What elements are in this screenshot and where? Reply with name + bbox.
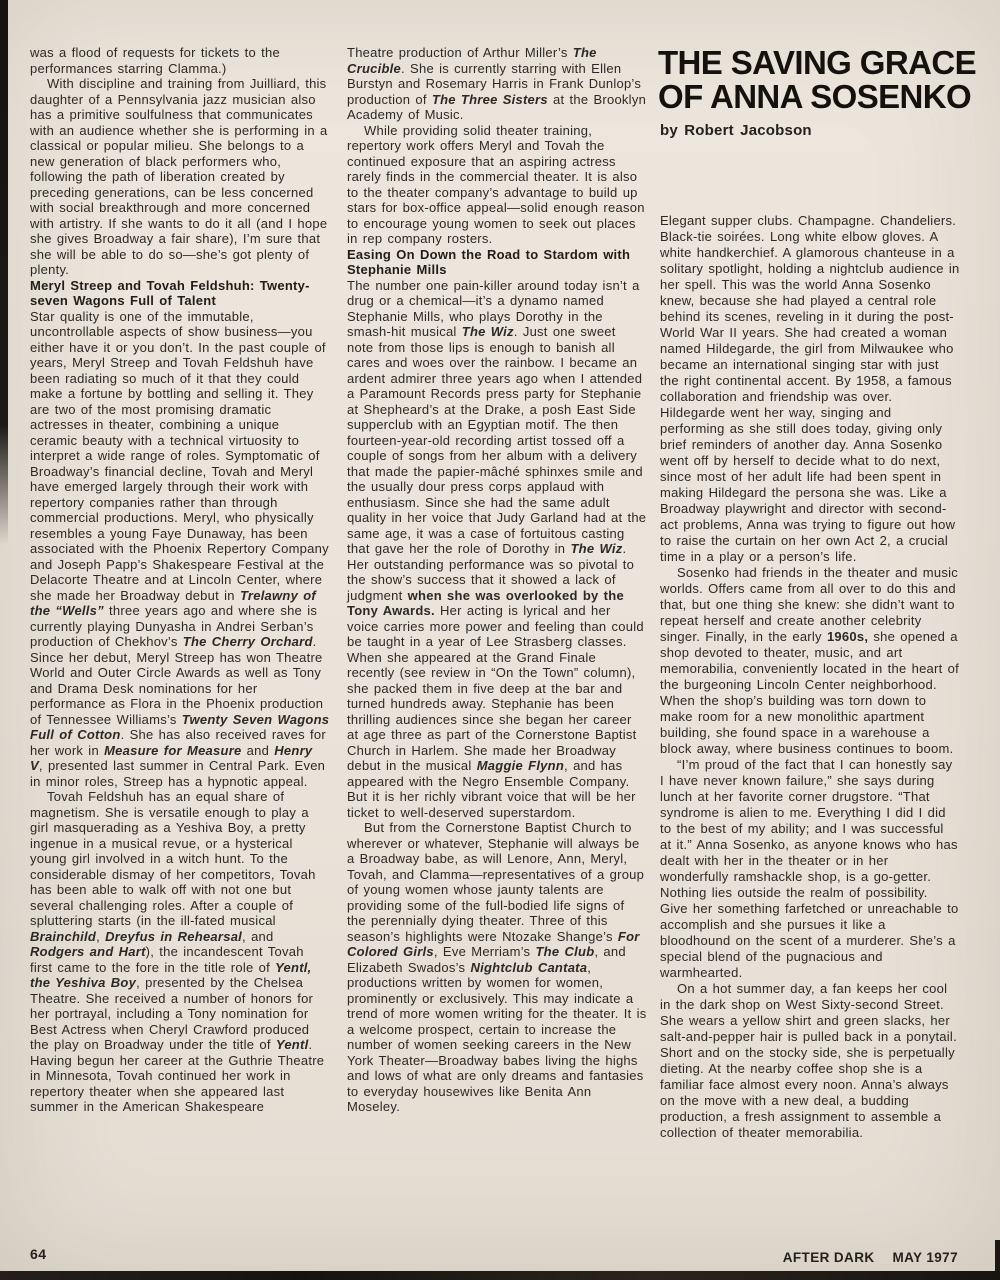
paragraph: “I’m proud of the fact that I can honest… [660, 757, 960, 981]
headline-line: THE SAVING GRACE [658, 46, 978, 80]
column-right: Elegant supper clubs. Champagne. Chandel… [660, 213, 960, 1141]
paragraph: The number one pain-killer around today … [347, 278, 647, 821]
page-number: 64 [30, 1246, 47, 1262]
paragraph: Star quality is one of the immutable, un… [30, 309, 330, 790]
paragraph: With discipline and training from Juilli… [30, 76, 330, 278]
headline-line: OF ANNA SOSENKO [658, 80, 978, 114]
paragraph: Sosenko had friends in the theater and m… [660, 565, 960, 757]
paragraph: Theatre production of Arthur Miller’s Th… [347, 45, 647, 123]
paragraph: was a flood of requests for tickets to t… [30, 45, 330, 76]
scan-edge-bottom [0, 1271, 1000, 1280]
scan-edge-left [0, 0, 8, 545]
column-middle: Theatre production of Arthur Miller’s Th… [347, 45, 647, 1115]
paragraph: But from the Cornerstone Baptist Church … [347, 820, 647, 1115]
article-byline: by Robert Jacobson [660, 122, 812, 139]
article-headline: THE SAVING GRACEOF ANNA SOSENKO [658, 46, 978, 114]
scan-edge-right-mark [995, 1240, 1000, 1272]
section-heading: Easing On Down the Road to Stardom with … [347, 247, 647, 278]
paragraph: Tovah Feldshuh has an equal share of mag… [30, 789, 330, 1115]
paragraph: On a hot summer day, a fan keeps her coo… [660, 981, 960, 1141]
section-heading: Meryl Streep and Tovah Feldshuh: Twenty-… [30, 278, 330, 309]
footer-credit: AFTER DARK MAY 1977 [783, 1250, 958, 1265]
issue-date: MAY 1977 [893, 1250, 959, 1265]
magazine-page: { "palette": { "paper": "#e9e3d9", "ink"… [0, 0, 1000, 1280]
paragraph: While providing solid theater training, … [347, 123, 647, 247]
paragraph: Elegant supper clubs. Champagne. Chandel… [660, 213, 960, 565]
magazine-name: AFTER DARK [783, 1250, 875, 1265]
column-left: was a flood of requests for tickets to t… [30, 45, 330, 1115]
